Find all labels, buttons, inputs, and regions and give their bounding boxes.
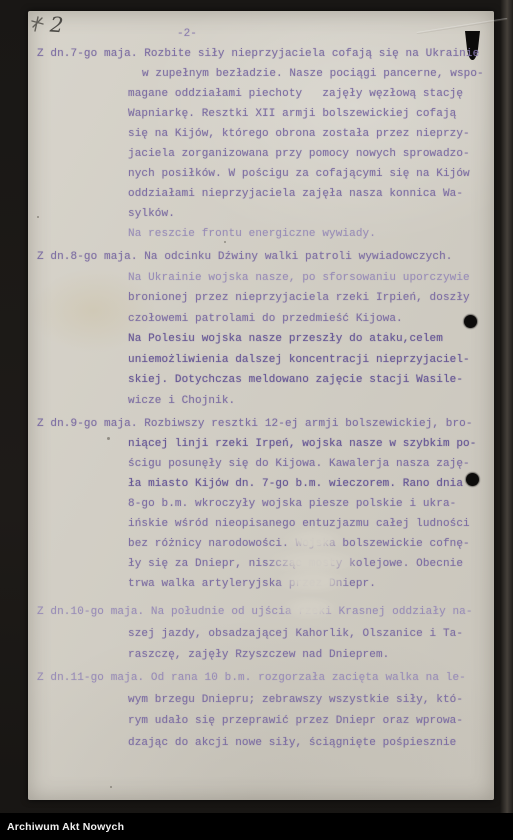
typed-line: wicze i Chojnik. — [37, 391, 493, 412]
typed-line: nych posiłków. W pościgu za cofającymi s… — [37, 164, 493, 184]
typed-line: szej jazdy, obsadzającej Kahorlik, Olsza… — [37, 624, 493, 646]
typed-line: raszczę, zajęły Rzyszczew nad Dnieprem. — [37, 645, 493, 667]
archive-watermark-bar: Archiwum Akt Nowych — [0, 813, 513, 840]
diary-entry-11-maja: Z dn.11-go maja. Od rana 10 b.m. rozgorz… — [37, 668, 493, 754]
typed-line: Z dn.9-go maja. Rozbiwszy resztki 12-ej … — [37, 414, 493, 434]
diary-entry-8-maja: Z dn.8-go maja. Na odcinku Dźwiny walki … — [37, 247, 493, 411]
typed-line: ły się za Dniepr, niszcząc mosty kolejow… — [37, 554, 493, 574]
typed-line: sylków. — [37, 204, 493, 224]
typed-line: Z dn.7-go maja. Rozbite siły nieprzyjaci… — [37, 44, 493, 64]
typed-line: się na Kijów, którego obrona została prz… — [37, 124, 493, 144]
document-scan: 2 -2- Z dn.7-go maja. Rozbite siły niepr… — [28, 11, 494, 800]
typed-line: jaciela zorganizowana przy pomocy nowych… — [37, 144, 493, 164]
typed-line: ła miasto Kijów dn. 7-go b.m. wieczorem.… — [37, 474, 493, 494]
typed-line: magane oddziałami piechoty zajęły węzłow… — [37, 84, 493, 104]
typed-line: Z dn.8-go maja. Na odcinku Dźwiny walki … — [37, 247, 493, 268]
typed-line: trwa walka artyleryjska przez Dniepr. — [37, 574, 493, 594]
typed-page-number: -2- — [177, 28, 197, 40]
paper-speck — [110, 786, 112, 788]
typed-line: uniemożliwienia dalszej koncentracji nie… — [37, 350, 493, 371]
typed-line: Wapniarkę. Resztki XII armji bolszewicki… — [37, 104, 493, 124]
typed-line: wym brzegu Dniepru; zebrawszy wszystkie … — [37, 690, 493, 712]
typed-line: bez różnicy narodowości. Wojska bolszewi… — [37, 534, 493, 554]
typed-line: niącej linji rzeki Irpeń, wojska nasze w… — [37, 434, 493, 454]
diary-entry-10-maja: Z dn.10-go maja. Na południe od ujścia r… — [37, 602, 493, 667]
typed-line: w zupełnym bezładzie. Nasze pociągi panc… — [37, 64, 493, 84]
typed-line: ścigu posunęły się do Kijowa. Kawalerja … — [37, 454, 493, 474]
typed-line: dzając do akcji nowe siły, ściągnięte po… — [37, 733, 493, 755]
typed-line: Na Ukrainie wojska nasze, po sforsowaniu… — [37, 268, 493, 289]
typed-line: ińskie wśród nieopisanego entuzjazmu cał… — [37, 514, 493, 534]
typed-line: oddziałami nieprzyjaciela zajęła nasza k… — [37, 184, 493, 204]
pencil-check-mark — [30, 15, 45, 38]
diary-entry-7-maja: Z dn.7-go maja. Rozbite siły nieprzyjaci… — [37, 44, 493, 244]
typed-line: rym udało się przeprawić przez Dniepr or… — [37, 711, 493, 733]
paper-crease — [416, 18, 507, 34]
typed-line: 8-go b.m. wkroczyły wojska piesze polski… — [37, 494, 493, 514]
typed-line: skiej. Dotychczas meldowano zajęcie stac… — [37, 370, 493, 391]
typed-line: Z dn.10-go maja. Na południe od ujścia r… — [37, 602, 493, 624]
diary-entry-9-maja: Z dn.9-go maja. Rozbiwszy resztki 12-ej … — [37, 414, 493, 594]
typed-line: Na Polesiu wojska nasze przeszły do atak… — [37, 329, 493, 350]
typed-line: Z dn.11-go maja. Od rana 10 b.m. rozgorz… — [37, 668, 493, 690]
scan-frame-edge — [500, 0, 513, 813]
typed-line: Na reszcie frontu energiczne wywiady. — [37, 224, 493, 244]
handwritten-page-note: 2 — [49, 13, 64, 38]
typed-line: bronionej przez nieprzyjaciela rzeki Irp… — [37, 288, 493, 309]
typed-line: czołowemi patrolami do przedmieść Kijowa… — [37, 309, 493, 330]
archive-name-label: Archiwum Akt Nowych — [7, 821, 124, 833]
